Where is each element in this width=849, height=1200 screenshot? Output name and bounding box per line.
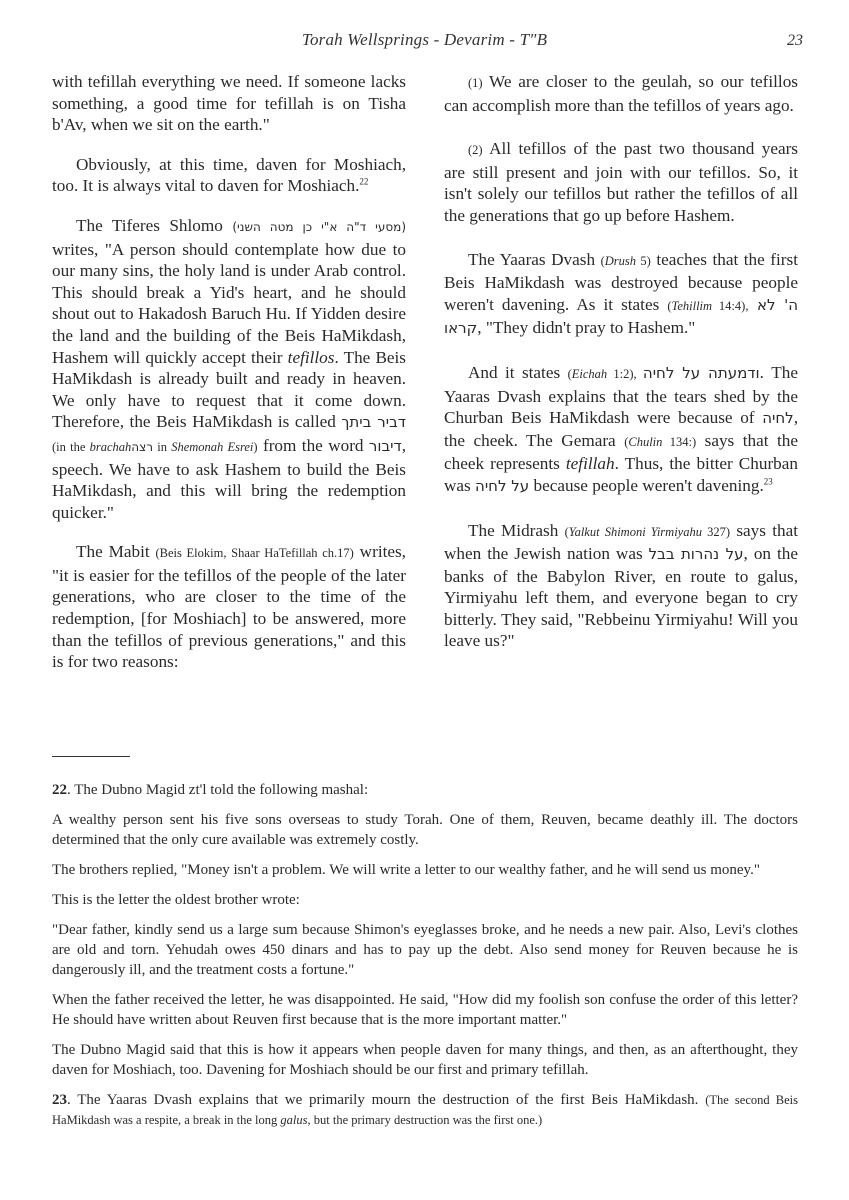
footnote-paragraph: "Dear father, kindly send us a large sum… (52, 920, 798, 980)
hebrew-text: על לחיה (475, 477, 529, 495)
paragraph: (1) We are closer to the geulah, so our … (444, 71, 798, 116)
hebrew-text: לחיה (762, 409, 793, 427)
running-title: Torah Wellsprings - Devarim - T"B (0, 30, 849, 50)
paragraph: And it states (Eichah 1:2), ודמעתה על לח… (444, 362, 798, 498)
left-column: with tefillah everything we need. If som… (52, 71, 406, 691)
footnote-number: 23 (52, 1092, 67, 1108)
page-number: 23 (787, 32, 803, 50)
page-header: Torah Wellsprings - Devarim - T"B 23 (0, 30, 849, 54)
paragraph: The Mabit (Beis Elokim, Shaar HaTefillah… (52, 541, 406, 673)
footnote-paragraph: A wealthy person sent his five sons over… (52, 810, 798, 850)
footnotes-section: 22. The Dubno Magid zt'l told the follow… (52, 780, 798, 1140)
hebrew-text: דביר ביתך (341, 413, 406, 431)
paragraph: The Tiferes Shlomo (מסעי ד"ה א"י כן מטה … (52, 215, 406, 523)
paragraph: (2) All tefillos of the past two thousan… (444, 138, 798, 226)
hebrew-text: ודמעתה על לחיה (643, 364, 760, 382)
footnote-paragraph: When the father received the letter, he … (52, 990, 798, 1030)
footnote-paragraph: This is the letter the oldest brother wr… (52, 890, 798, 910)
footnote-ref-23[interactable]: 23 (764, 476, 773, 486)
hebrew-source: (מסעי ד"ה א"י כן מטה השני) (232, 220, 406, 234)
paragraph: with tefillah everything we need. If som… (52, 71, 406, 136)
footnote-23: 23. The Yaaras Dvash explains that we pr… (52, 1090, 798, 1130)
source-citation: (Beis Elokim, Shaar HaTefillah ch.17) (155, 546, 353, 560)
footnote-paragraph: The Dubno Magid said that this is how it… (52, 1040, 798, 1080)
footnote-ref-22[interactable]: 22 (359, 177, 368, 187)
footnote-number: 22 (52, 782, 67, 798)
paragraph: The Yaaras Dvash (Drush 5) teaches that … (444, 249, 798, 340)
footnote-paragraph: The brothers replied, "Money isn't a pro… (52, 860, 798, 880)
hebrew-text: על נהרות בבל (649, 545, 744, 563)
footnote-divider (52, 756, 130, 757)
paragraph: Obviously, at this time, daven for Moshi… (52, 154, 406, 197)
paragraph: The Midrash (Yalkut Shimoni Yirmiyahu 32… (444, 520, 798, 653)
right-column: (1) We are closer to the geulah, so our … (444, 71, 798, 670)
footnote-22: 22. The Dubno Magid zt'l told the follow… (52, 780, 798, 800)
hebrew-text: דיבור (369, 437, 402, 455)
